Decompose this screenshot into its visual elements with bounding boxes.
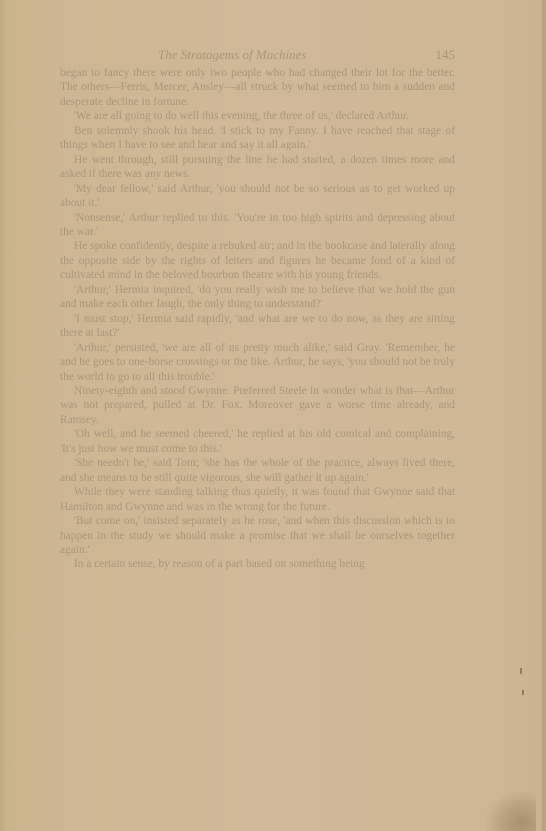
paragraph: Ben solemnly shook his head. 'I stick to…: [60, 124, 455, 153]
page-binding-shadow: [0, 0, 6, 831]
paragraph: 'I must stop,' Hermia said rapidly, 'and…: [60, 312, 455, 341]
paragraph: 'We are all going to do well this evenin…: [60, 109, 455, 123]
paragraph: 'But come on,' insisted separately as he…: [60, 514, 455, 557]
running-title: The Stratagems of Machines: [158, 47, 306, 63]
paragraph: 'Oh well, and he seemed cheered,' he rep…: [60, 427, 455, 456]
book-page: The Stratagems of Machines 145 began to …: [0, 0, 546, 831]
paragraph: While they were standing talking thus qu…: [60, 485, 455, 514]
corner-stain: [486, 791, 536, 831]
paragraph: 'My dear fellow,' said Arthur, 'you shou…: [60, 182, 455, 211]
paper-blemish: [522, 690, 524, 695]
paragraph: 'Arthur,' Hermia inquired, 'do you reall…: [60, 283, 455, 312]
page-number: 145: [436, 47, 456, 63]
paragraph: 'She needn't be,' said Tom; 'she has the…: [60, 456, 455, 485]
paragraph: He went through, still pursuing the line…: [60, 153, 455, 182]
paragraph: He spoke confidently, despite a rebuked …: [60, 239, 455, 282]
paragraph: Ninety-eighth and stood Gwynne. Preferre…: [60, 384, 455, 427]
body-text: began to fancy there were only two peopl…: [60, 66, 455, 572]
paragraph: 'Nonsense,' Arthur replied to this. 'You…: [60, 211, 455, 240]
paragraph: In a certain sense, by reason of a part …: [60, 557, 455, 571]
paragraph: began to fancy there were only two peopl…: [60, 66, 455, 109]
paragraph: 'Arthur,' persisted, 'we are all of us p…: [60, 341, 455, 384]
running-header: The Stratagems of Machines 145: [150, 47, 455, 63]
page-edge: [542, 0, 546, 831]
paper-blemish: [520, 668, 522, 674]
